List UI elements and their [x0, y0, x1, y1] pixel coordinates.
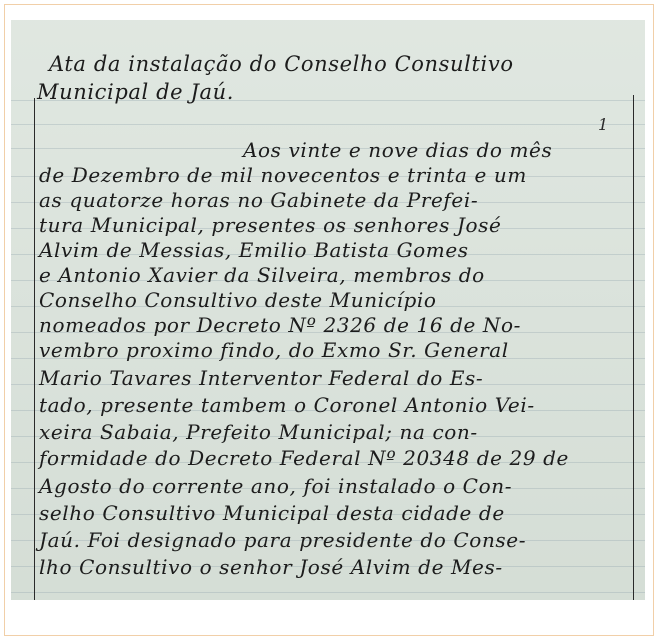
- body-line: lho Consultivo o senhor José Alvim de Me…: [39, 555, 503, 579]
- body-line: Conselho Consultivo deste Município: [39, 288, 437, 312]
- body-line: de Dezembro de mil novecentos e trinta e…: [39, 163, 527, 187]
- body-line: Jaú. Foi designado para presidente do Co…: [39, 528, 526, 552]
- page-number: 1: [598, 115, 608, 134]
- body-line: Aos vinte e nove dias do mês: [243, 138, 552, 162]
- ruled-line: [11, 592, 645, 593]
- body-line: Mario Tavares Interventor Federal do Es-: [39, 366, 483, 390]
- ruled-line: [11, 124, 645, 125]
- body-line: tado, presente tambem o Coronel Antonio …: [39, 393, 535, 417]
- body-line: selho Consultivo Municipal desta cidade …: [39, 501, 505, 525]
- body-line: Agosto do corrente ano, foi instalado o …: [39, 474, 512, 498]
- body-line: as quatorze horas no Gabinete da Prefei-: [39, 188, 478, 212]
- title-line-2: Municipal de Jaú.: [37, 80, 234, 104]
- body-line: formidade do Decreto Federal Nº 20348 de…: [39, 446, 569, 470]
- body-line: tura Municipal, presentes os senhores Jo…: [39, 213, 501, 237]
- body-line: e Antonio Xavier da Silveira, membros do: [39, 263, 485, 287]
- body-line: Alvim de Messias, Emilio Batista Gomes: [39, 238, 469, 262]
- body-line: vembro proximo findo, do Exmo Sr. Genera…: [39, 338, 509, 362]
- scanned-page: Ata da instalação do Conselho Consultivo…: [11, 20, 645, 600]
- title-line-1: Ata da instalação do Conselho Consultivo: [49, 52, 514, 76]
- body-line: xeira Sabaia, Prefeito Municipal; na con…: [39, 420, 478, 444]
- body-line: nomeados por Decreto Nº 2326 de 16 de No…: [39, 313, 521, 337]
- left-margin-line: [34, 98, 35, 600]
- right-margin-line: [633, 95, 634, 600]
